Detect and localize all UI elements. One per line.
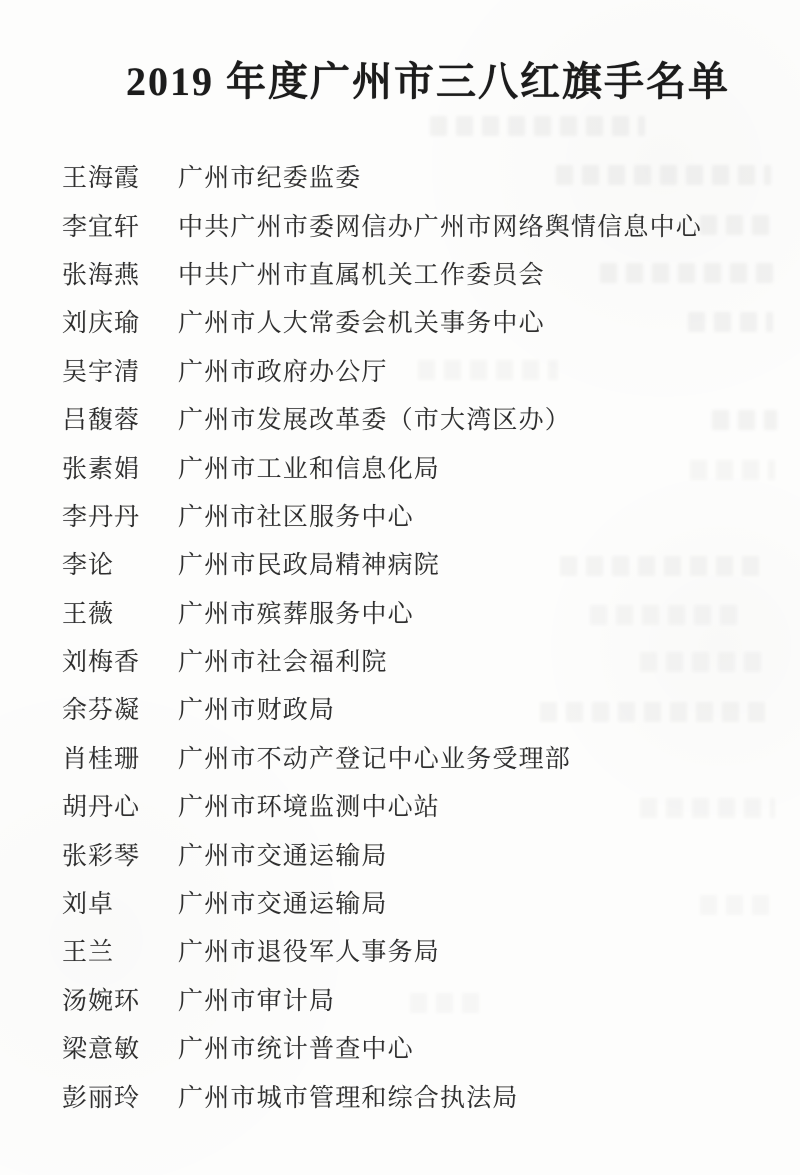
person-organization: 广州市不动产登记中心业务受理部 xyxy=(178,739,571,775)
person-organization: 广州市纪委监委 xyxy=(178,158,361,194)
person-organization: 广州市社会福利院 xyxy=(178,642,388,678)
roster-row: 肖桂珊广州市不动产登记中心业务受理部 xyxy=(62,733,774,781)
person-organization: 中共广州市直属机关工作委员会 xyxy=(178,255,545,291)
roster-row: 刘梅香广州市社会福利院 xyxy=(62,636,774,684)
person-organization: 广州市发展改革委（市大湾区办） xyxy=(178,400,571,436)
person-organization: 中共广州市委网信办广州市网络舆情信息中心 xyxy=(178,207,702,243)
person-organization: 广州市审计局 xyxy=(178,981,335,1017)
person-name: 彭丽玲 xyxy=(62,1078,178,1114)
roster-row: 胡丹心广州市环境监测中心站 xyxy=(62,781,774,829)
person-organization: 广州市退役军人事务局 xyxy=(178,932,440,968)
roster-row: 李丹丹广州市社区服务中心 xyxy=(62,491,774,539)
bleedthrough-artifact xyxy=(430,116,645,136)
scanned-document-page: 2019 年度广州市三八红旗手名单 王海霞广州市纪委监委李宜轩中共广州市委网信办… xyxy=(0,0,800,1175)
person-organization: 广州市政府办公厅 xyxy=(178,352,388,388)
roster-row: 彭丽玲广州市城市管理和综合执法局 xyxy=(62,1071,774,1119)
person-name: 余芬凝 xyxy=(62,690,178,726)
person-organization: 广州市统计普查中心 xyxy=(178,1029,414,1065)
roster-row: 王薇广州市殡葬服务中心 xyxy=(62,588,774,636)
person-organization: 广州市民政局精神病院 xyxy=(178,545,440,581)
person-organization: 广州市殡葬服务中心 xyxy=(178,594,414,630)
person-organization: 广州市城市管理和综合执法局 xyxy=(178,1078,519,1114)
roster-row: 吴宇清广州市政府办公厅 xyxy=(62,346,774,394)
document-title: 2019 年度广州市三八红旗手名单 xyxy=(28,50,800,107)
roster-row: 张彩琴广州市交通运输局 xyxy=(62,829,774,877)
person-name: 李宜轩 xyxy=(62,207,178,243)
roster-row: 张素娟广州市工业和信息化局 xyxy=(62,442,774,490)
person-name: 梁意敏 xyxy=(62,1029,178,1065)
person-name: 张素娟 xyxy=(62,449,178,485)
person-name: 李丹丹 xyxy=(62,497,178,533)
person-name: 刘庆瑜 xyxy=(62,303,178,339)
roster-row: 刘卓广州市交通运输局 xyxy=(62,878,774,926)
person-organization: 广州市环境监测中心站 xyxy=(178,787,440,823)
person-organization: 广州市交通运输局 xyxy=(178,836,388,872)
person-name: 刘梅香 xyxy=(62,642,178,678)
person-name: 李论 xyxy=(62,545,178,581)
roster-row: 王兰广州市退役军人事务局 xyxy=(62,926,774,974)
person-name: 肖桂珊 xyxy=(62,739,178,775)
person-name: 张彩琴 xyxy=(62,836,178,872)
roster-row: 梁意敏广州市统计普查中心 xyxy=(62,1023,774,1071)
person-name: 王兰 xyxy=(62,932,178,968)
person-organization: 广州市财政局 xyxy=(178,690,335,726)
person-organization: 广州市人大常委会机关事务中心 xyxy=(178,303,545,339)
roster-row: 汤婉环广州市审计局 xyxy=(62,975,774,1023)
person-organization: 广州市工业和信息化局 xyxy=(178,449,440,485)
roster-row: 余芬凝广州市财政局 xyxy=(62,684,774,732)
roster-row: 王海霞广州市纪委监委 xyxy=(62,152,774,200)
person-name: 王薇 xyxy=(62,594,178,630)
person-organization: 广州市交通运输局 xyxy=(178,884,388,920)
roster-row: 张海燕中共广州市直属机关工作委员会 xyxy=(62,249,774,297)
person-name: 胡丹心 xyxy=(62,787,178,823)
person-name: 汤婉环 xyxy=(62,981,178,1017)
person-organization: 广州市社区服务中心 xyxy=(178,497,414,533)
person-name: 刘卓 xyxy=(62,884,178,920)
roster-row: 李宜轩中共广州市委网信办广州市网络舆情信息中心 xyxy=(62,200,774,248)
roster-row: 刘庆瑜广州市人大常委会机关事务中心 xyxy=(62,297,774,345)
person-name: 吕馥蓉 xyxy=(62,400,178,436)
roster-row: 吕馥蓉广州市发展改革委（市大湾区办） xyxy=(62,394,774,442)
person-name: 王海霞 xyxy=(62,158,178,194)
roster-row: 李论广州市民政局精神病院 xyxy=(62,539,774,587)
roster-list: 王海霞广州市纪委监委李宜轩中共广州市委网信办广州市网络舆情信息中心张海燕中共广州… xyxy=(62,152,774,1120)
person-name: 吴宇清 xyxy=(62,352,178,388)
person-name: 张海燕 xyxy=(62,255,178,291)
